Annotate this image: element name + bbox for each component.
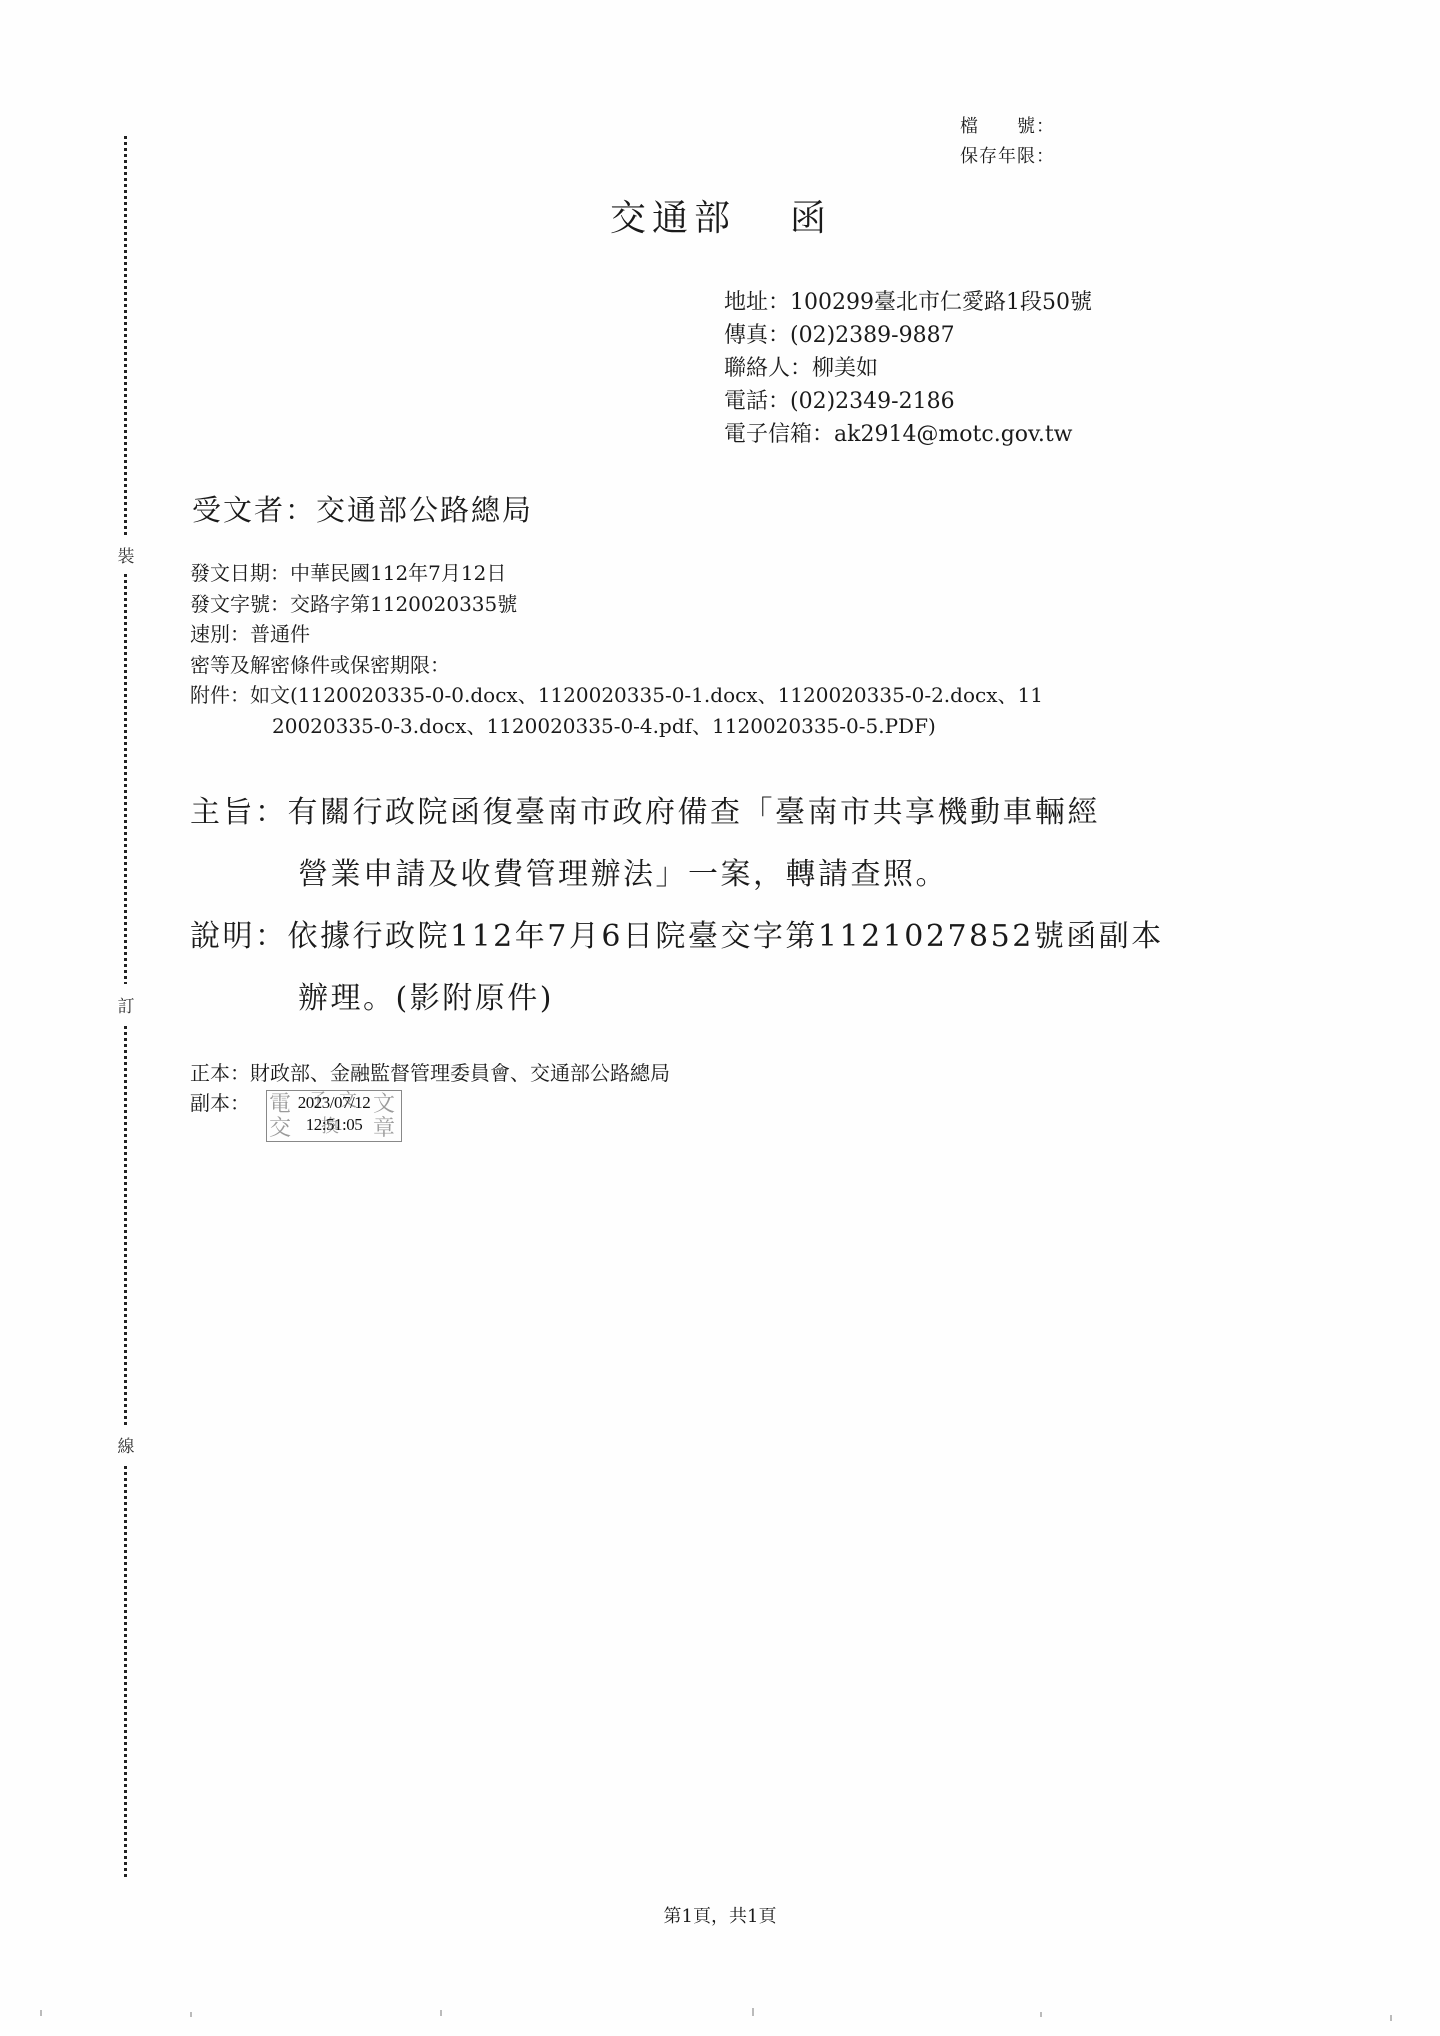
binding-char-ding: 訂: [114, 992, 138, 1017]
scan-artifact: [190, 2012, 192, 2017]
binding-dotted-line: [124, 1026, 127, 1426]
explanation-line-2: 辦理。(影附原件): [190, 968, 1164, 1030]
sender-fax: 傳真：(02)2389-9887: [724, 319, 1092, 352]
file-meta: 檔 號： 保存年限：: [960, 112, 1055, 172]
copies: 正本：財政部、金融監督管理委員會、交通部公路總局 副本：: [190, 1058, 670, 1118]
main-content: 主旨：有關行政院函復臺南市政府備查「臺南市共享機動車輛經 營業申請及收費管理辦法…: [190, 782, 1164, 1030]
sender-phone: 電話：(02)2349-2186: [724, 385, 1092, 418]
binding-dotted-line: [124, 1466, 127, 1880]
attachments-line-2: 20020335-0-3.docx、1120020335-0-4.pdf、112…: [190, 711, 1043, 742]
page-number: 第1頁，共1頁: [0, 1902, 1440, 1928]
sender-address: 地址：100299臺北市仁愛路1段50號: [724, 286, 1092, 319]
explanation-line-1: 說明：依據行政院112年7月6日院臺交字第1121027852號函副本: [190, 906, 1164, 968]
classification: 密等及解密條件或保密期限：: [190, 650, 1043, 681]
retention-label: 保存年限：: [960, 142, 1055, 172]
scan-artifact: [752, 2008, 754, 2016]
subject-line-2: 營業申請及收費管理辦法」一案，轉請查照。: [190, 844, 1164, 906]
issue-date: 發文日期：中華民國112年7月12日: [190, 558, 1043, 589]
stamp-date: 2023/07/12: [267, 1093, 401, 1113]
cc-label: 副本：: [190, 1088, 670, 1118]
document-title: 交通部函: [610, 190, 832, 241]
agency-name: 交通部: [610, 198, 736, 239]
sender-info: 地址：100299臺北市仁愛路1段50號 傳真：(02)2389-9887 聯絡…: [724, 286, 1092, 451]
recipient: 受文者：交通部公路總局: [192, 488, 533, 529]
sender-email: 電子信箱：ak2914@motc.gov.tw: [724, 418, 1092, 451]
scan-artifact: [40, 2010, 42, 2016]
stamp-time: 12:51:05: [267, 1115, 401, 1135]
binding-char-zhuang: 裝: [114, 542, 138, 567]
scan-artifact: [1390, 2015, 1392, 2021]
binding-dotted-line: [124, 574, 127, 984]
binding-dotted-line: [124, 136, 127, 536]
scan-artifact: [1040, 2012, 1042, 2017]
binding-char-xian: 線: [114, 1432, 138, 1457]
original-recipients: 正本：財政部、金融監督管理委員會、交通部公路總局: [190, 1058, 670, 1088]
electronic-exchange-stamp: 電交 子 文 換 文章 2023/07/12 12:51:05: [266, 1090, 402, 1142]
attachments-line-1: 附件：如文(1120020335-0-0.docx、1120020335-0-1…: [190, 680, 1043, 711]
sender-contact: 聯絡人：柳美如: [724, 352, 1092, 385]
doc-type: 函: [790, 198, 832, 239]
scan-artifact: [440, 2010, 442, 2016]
file-number-label: 檔 號：: [960, 112, 1055, 142]
subject-line-1: 主旨：有關行政院函復臺南市政府備查「臺南市共享機動車輛經: [190, 782, 1164, 844]
document-meta: 發文日期：中華民國112年7月12日 發文字號：交路字第1120020335號 …: [190, 558, 1043, 741]
binding-margin: 裝 訂 線: [116, 0, 136, 2036]
issue-number: 發文字號：交路字第1120020335號: [190, 589, 1043, 620]
speed-class: 速別：普通件: [190, 619, 1043, 650]
document-page: 裝 訂 線 檔 號： 保存年限： 交通部函 地址：100299臺北市仁愛路1段5…: [0, 0, 1440, 2036]
